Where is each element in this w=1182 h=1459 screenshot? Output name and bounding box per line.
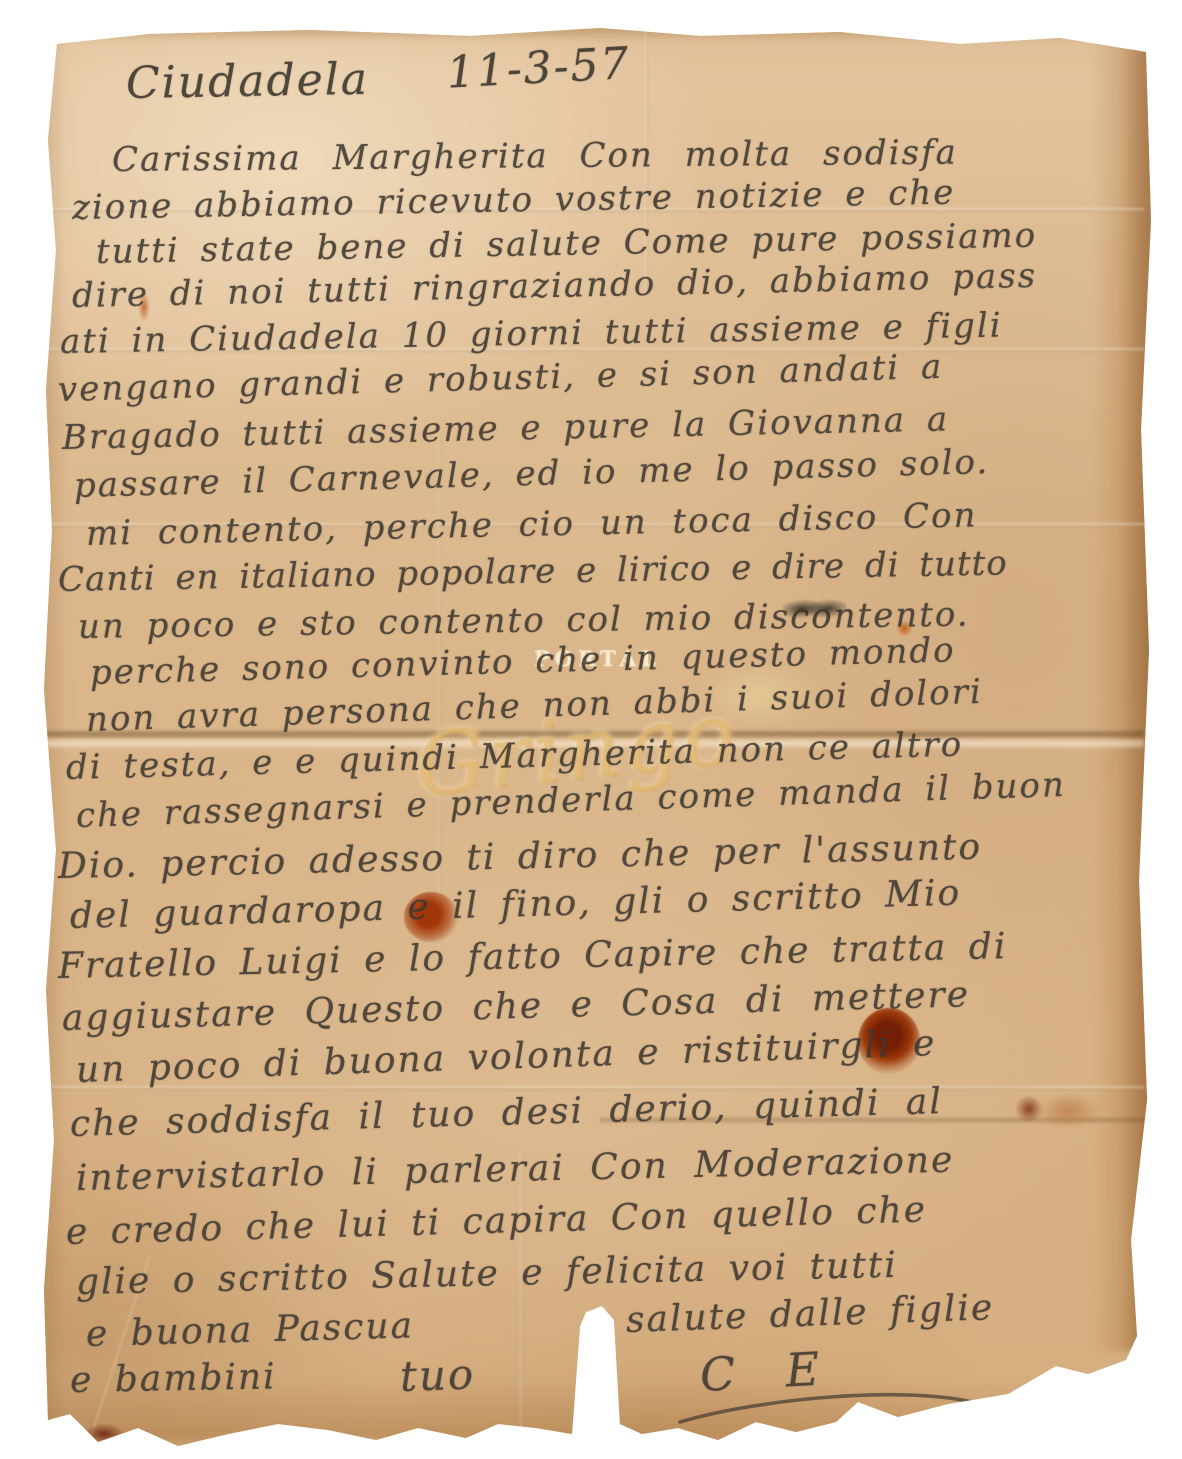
- letter-line: Canti en italiano popolare e lirico e di…: [58, 543, 1008, 600]
- signature-text: C E: [699, 1341, 835, 1402]
- closing-left-line-2: e bambini: [70, 1356, 277, 1401]
- letter-paper: PORTAL Gringo Ciudadela 11-3-57 Carissim…: [0, 0, 1182, 1459]
- closing-right-line-1: salute dalle figlie: [625, 1287, 995, 1341]
- closing-left-line-1: e buona Pascua: [85, 1305, 414, 1355]
- stain-smear: [1038, 1094, 1100, 1128]
- paper-edge-burn-right: [1092, 36, 1154, 1351]
- letter-line: che soddisfa il tuo desi derio, quindi a…: [69, 1081, 943, 1145]
- stain-blot: [84, 1424, 124, 1444]
- letter-line: Carissima Margherita Con molta sodisfa: [112, 133, 958, 180]
- scanned-letter-page: PORTAL Gringo Ciudadela 11-3-57 Carissim…: [0, 0, 1182, 1459]
- letter-line: mi contento, perche cio un toca disco Co…: [86, 495, 978, 554]
- heading-date: 11-3-57: [446, 38, 632, 99]
- letter-line: intervistarlo li parlerai Con Moderazion…: [76, 1140, 955, 1199]
- letter-line: e credo che lui ti capira Con quello che: [65, 1189, 927, 1253]
- paper-edge-burn-left: [40, 40, 66, 1420]
- letter-heading: Ciudadela 11-3-57: [126, 49, 632, 109]
- closing-tuo: tuo: [399, 1349, 476, 1401]
- heading-place: Ciudadela: [126, 54, 370, 109]
- stain-blot: [1014, 1096, 1044, 1122]
